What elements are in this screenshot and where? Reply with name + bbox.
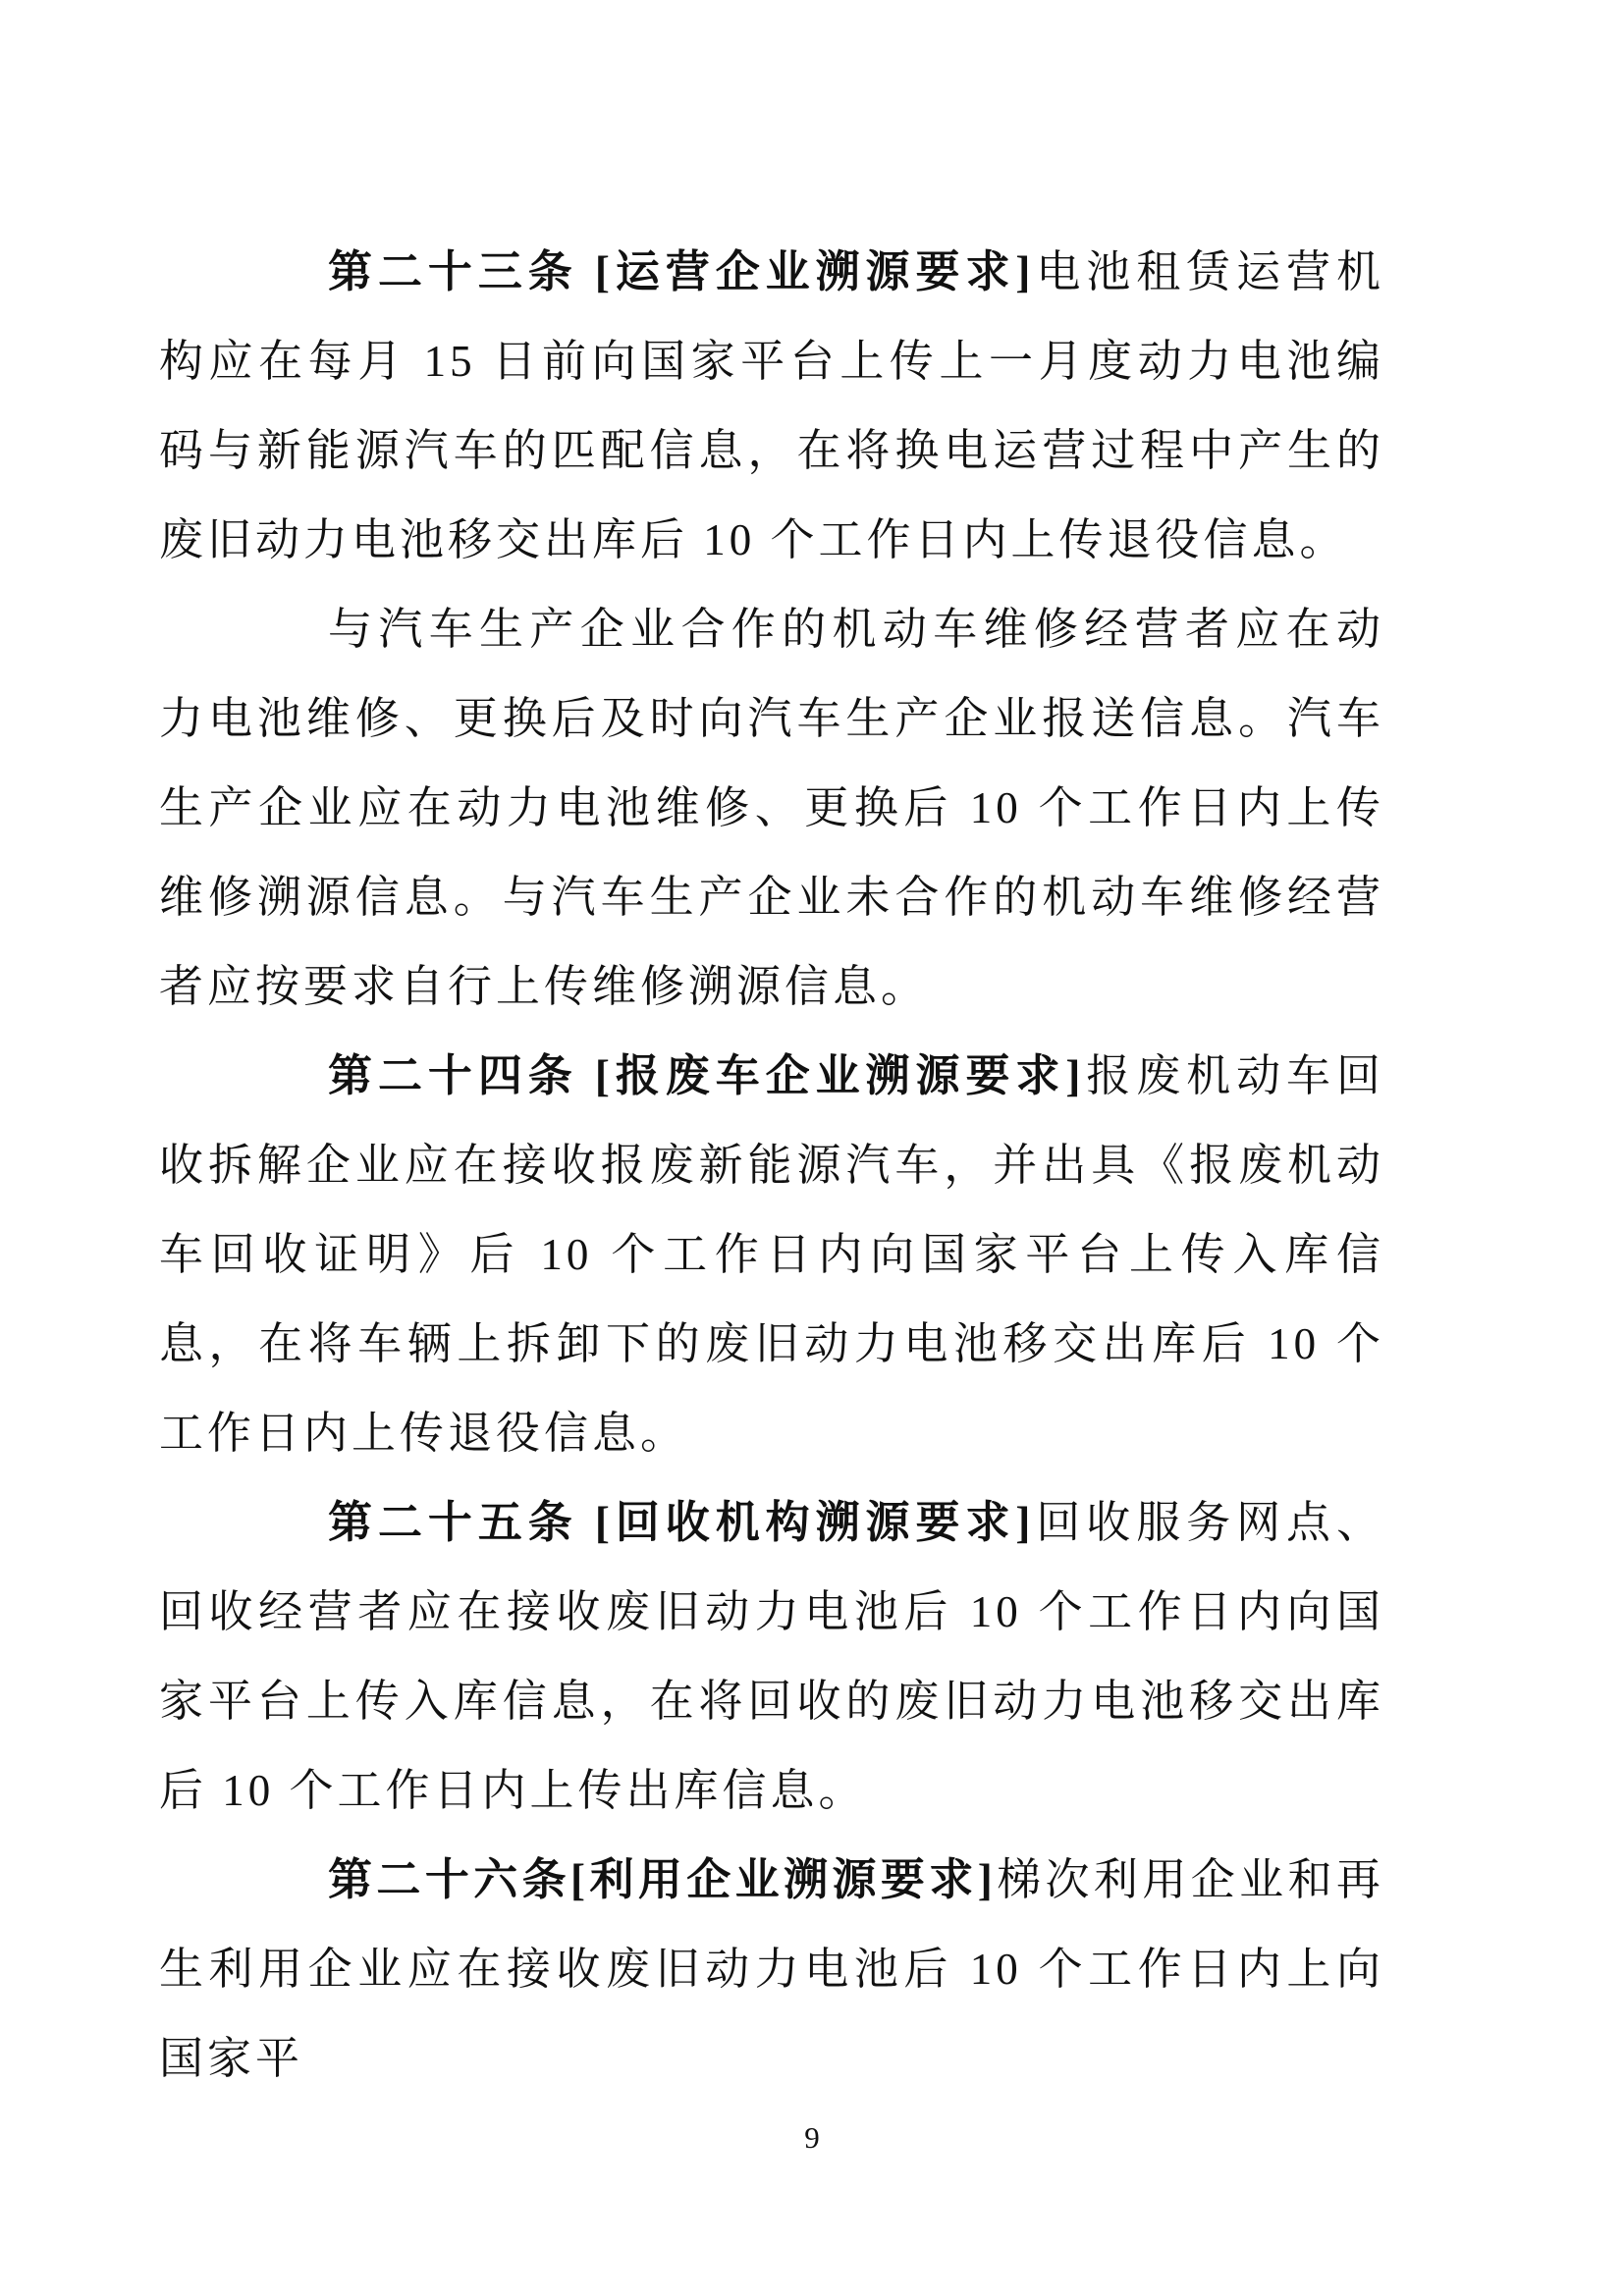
article-25-paragraph: 第二十五条 [回收机构溯源要求]回收服务网点、回收经营者应在接收废旧动力电池后 … bbox=[159, 1478, 1384, 1836]
article-23-heading: 第二十三条 [运营企业溯源要求] bbox=[328, 247, 1034, 296]
article-26-heading: 第二十六条[利用企业溯源要求] bbox=[328, 1855, 997, 1904]
article-24-body: 报废机动车回收拆解企业应在接收报废新能源汽车，并出具《报废机动车回收证明》后 1… bbox=[159, 1051, 1384, 1458]
article-25-heading: 第二十五条 [回收机构溯源要求] bbox=[328, 1498, 1034, 1547]
repair-operator-body: 与汽车生产企业合作的机动车维修经营者应在动力电池维修、更换后及时向汽车生产企业报… bbox=[159, 605, 1384, 1011]
document-body: 第二十三条 [运营企业溯源要求]电池租赁运营机构应在每月 15 日前向国家平台上… bbox=[159, 228, 1384, 2104]
article-24-paragraph: 第二十四条 [报废车企业溯源要求]报废机动车回收拆解企业应在接收报废新能源汽车，… bbox=[159, 1032, 1384, 1478]
article-24-heading: 第二十四条 [报废车企业溯源要求] bbox=[328, 1051, 1084, 1100]
article-26-paragraph: 第二十六条[利用企业溯源要求]梯次利用企业和再生利用企业应在接收废旧动力电池后 … bbox=[159, 1836, 1384, 2104]
repair-operator-paragraph: 与汽车生产企业合作的机动车维修经营者应在动力电池维修、更换后及时向汽车生产企业报… bbox=[159, 585, 1384, 1032]
article-23-paragraph: 第二十三条 [运营企业溯源要求]电池租赁运营机构应在每月 15 日前向国家平台上… bbox=[159, 228, 1384, 585]
page-number: 9 bbox=[804, 2120, 820, 2155]
page-footer: 9 bbox=[0, 2120, 1624, 2156]
document-page: 第二十三条 [运营企业溯源要求]电池租赁运营机构应在每月 15 日前向国家平台上… bbox=[0, 0, 1624, 2296]
